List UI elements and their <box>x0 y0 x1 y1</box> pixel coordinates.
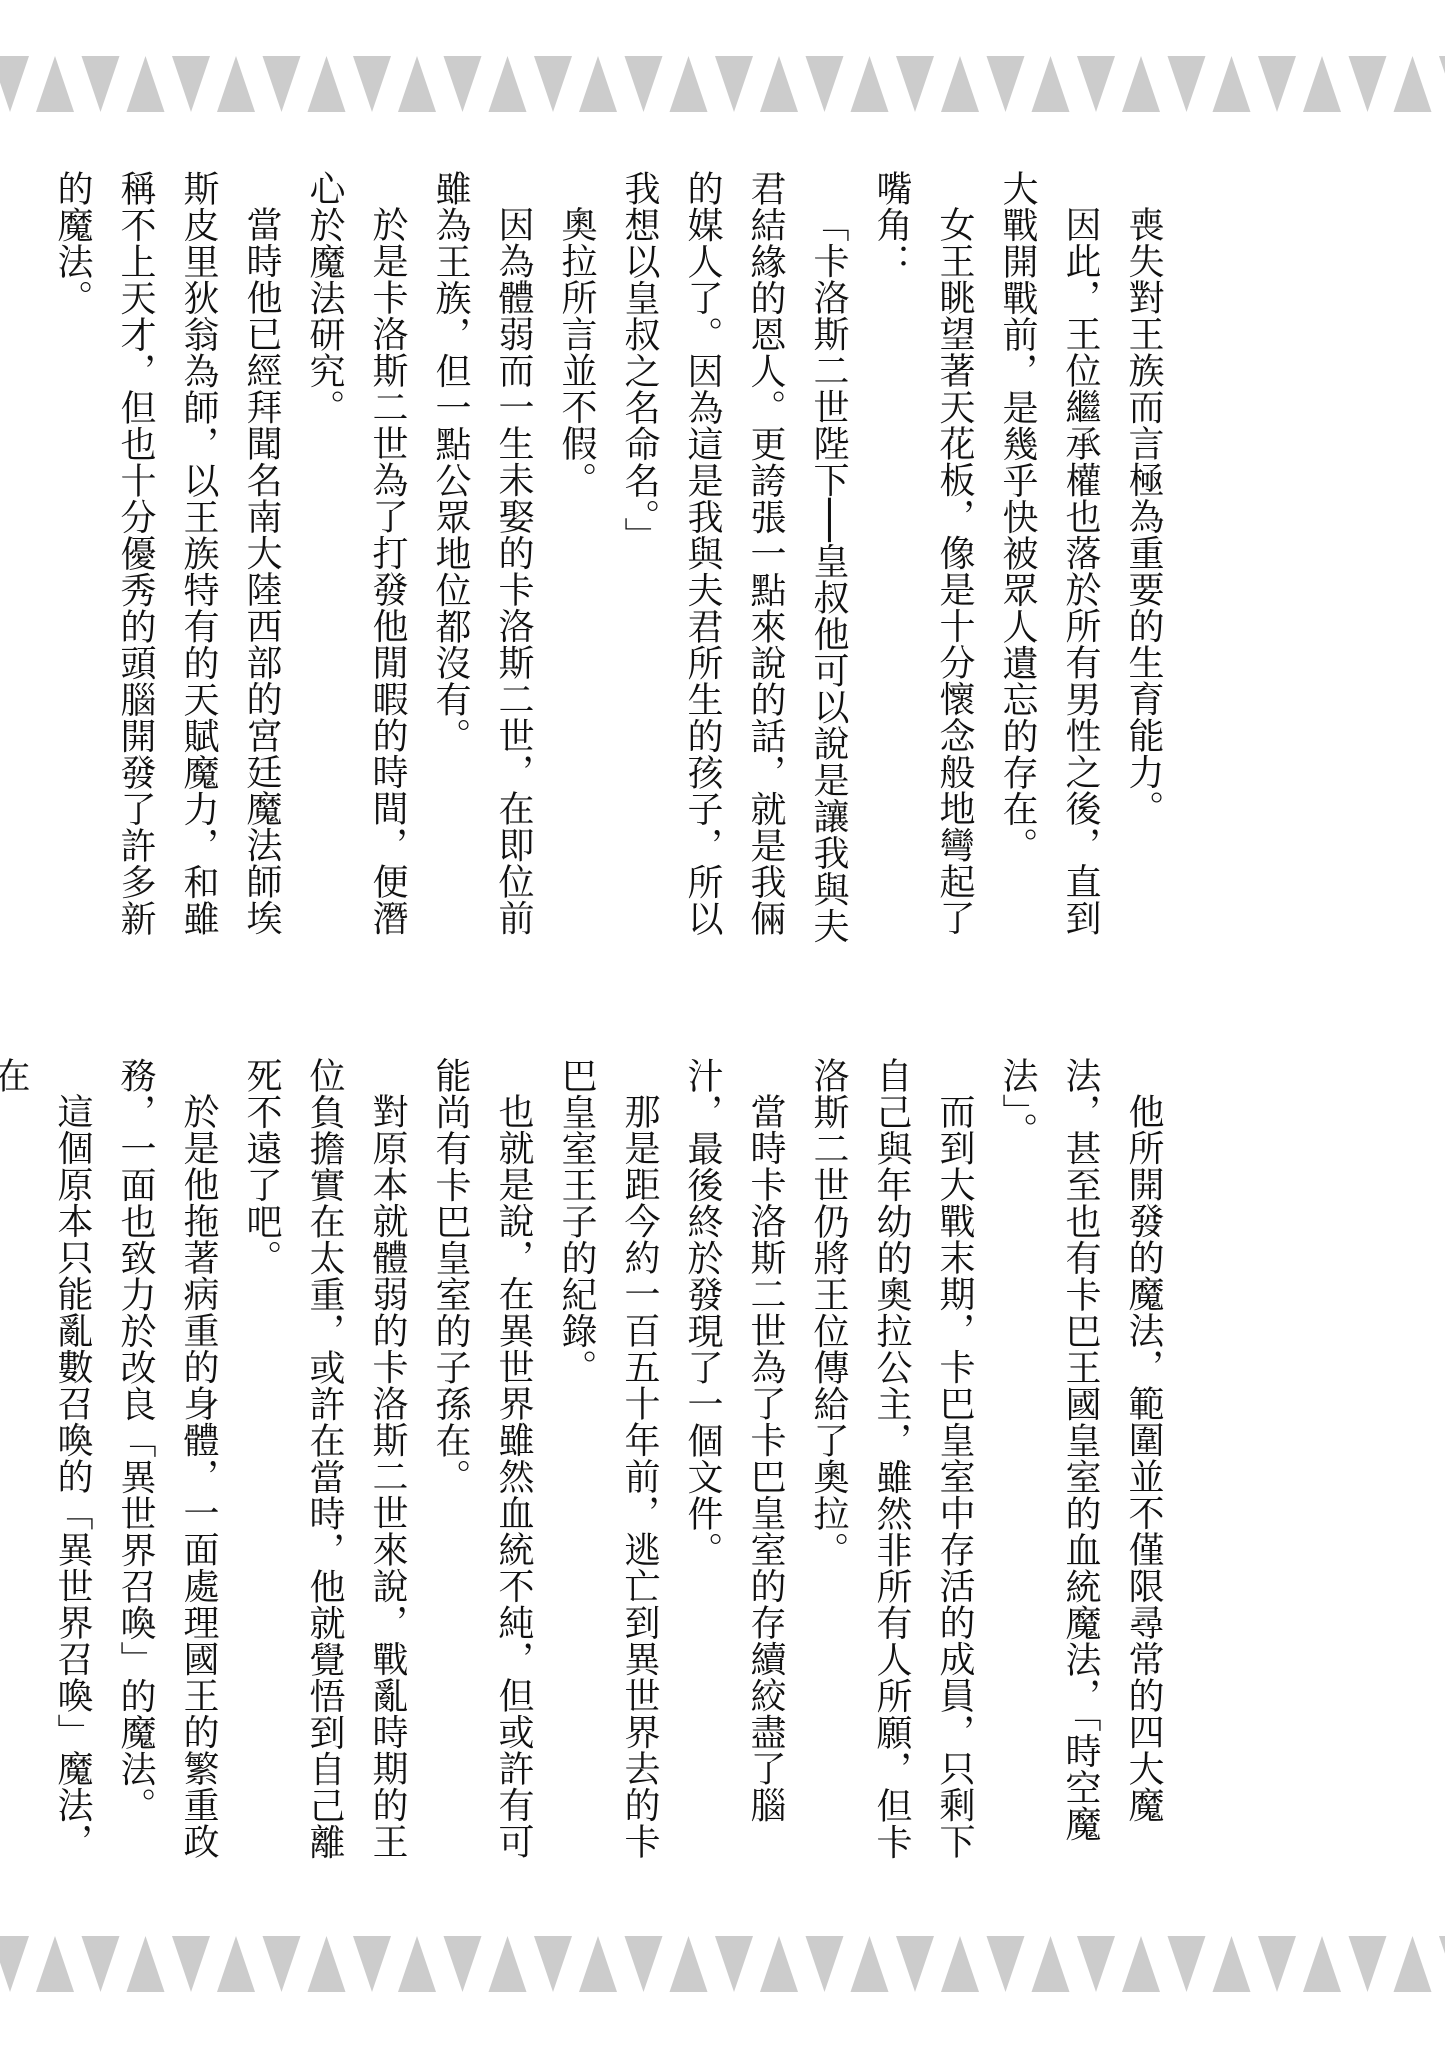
paragraph: 他所開發的魔法，範圍並不僅限尋常的四大魔法，甚至也有卡巴王國皇室的血統魔法，「時… <box>986 1057 1175 1865</box>
paragraph: 因此，王位繼承權也落於所有男性之後，直到大戰開戰前，是幾乎快被眾人遺忘的存在。 <box>986 170 1112 970</box>
paragraph: 這個原本只能亂數召喚的「異世界召喚」魔法，在 <box>0 1057 104 1865</box>
paragraph: 於是他拖著病重的身體，一面處理國王的繁重政務，一面也致力於改良「異世界召喚」的魔… <box>104 1057 230 1865</box>
bottom-decorative-border <box>0 1936 1445 1992</box>
dialogue-paragraph: 「卡洛斯二世陛下──皇叔他可以說是讓我與夫君結緣的恩人。更誇張一點來說的話，就是… <box>608 170 860 970</box>
paragraph: 奧拉所言並不假。 <box>545 170 608 970</box>
paragraph: 那是距今約一百五十年前，逃亡到異世界去的卡巴皇室王子的紀錄。 <box>545 1057 671 1865</box>
paragraph: 因為體弱而一生未娶的卡洛斯二世，在即位前雖為王族，但一點公眾地位都沒有。 <box>419 170 545 970</box>
triangle-pattern-icon <box>0 1936 1445 1992</box>
paragraph: 而到大戰末期，卡巴皇室中存活的成員，只剩下自己與年幼的奧拉公主，雖然非所有人所願… <box>797 1057 986 1865</box>
paragraph: 當時卡洛斯二世為了卡巴皇室的存續絞盡了腦汁，最後終於發現了一個文件。 <box>671 1057 797 1865</box>
paragraph: 也就是說，在異世界雖然血統不純，但或許有可能尚有卡巴皇室的子孫在。 <box>419 1057 545 1865</box>
upper-text-block: 喪失對王族而言極為重要的生育能力。 因此，王位繼承權也落於所有男性之後，直到大戰… <box>41 170 1175 970</box>
paragraph: 女王眺望著天花板，像是十分懷念般地彎起了嘴角： <box>860 170 986 970</box>
paragraph: 喪失對王族而言極為重要的生育能力。 <box>1112 170 1175 970</box>
paragraph: 於是卡洛斯二世為了打發他閒暇的時間，便潛心於魔法研究。 <box>293 170 419 970</box>
triangle-pattern-icon <box>0 56 1445 112</box>
paragraph: 當時他已經拜聞名南大陸西部的宮廷魔法師埃斯皮里狄翁為師，以王族特有的天賦魔力，和… <box>41 170 293 970</box>
top-decorative-border <box>0 56 1445 112</box>
paragraph: 對原本就體弱的卡洛斯二世來說，戰亂時期的王位負擔實在太重，或許在當時，他就覺悟到… <box>230 1057 419 1865</box>
lower-text-block: 他所開發的魔法，範圍並不僅限尋常的四大魔法，甚至也有卡巴王國皇室的血統魔法，「時… <box>0 1057 1175 1865</box>
